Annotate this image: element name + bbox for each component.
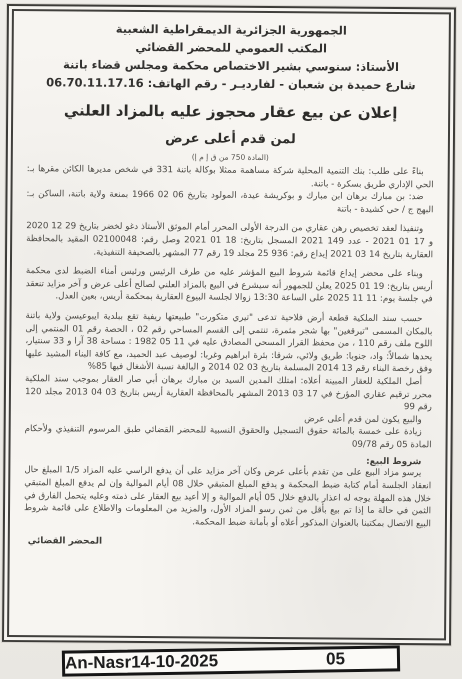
article-reference: (المادة 750 من ق إ م إ) (27, 151, 434, 163)
footer-source-date: An-Nasr14-10-2025 (65, 651, 218, 673)
scanned-notice-page: الجمهورية الجزائرية الديمقراطية الشعبية … (0, 0, 462, 679)
newspaper-clipping-frame: الجمهورية الجزائرية الديمقراطية الشعبية … (2, 4, 456, 646)
notice-title: إعلان عن بيع عقار محجوز عليه بالمزاد الع… (27, 100, 434, 123)
notice-content: الجمهورية الجزائرية الديمقراطية الشعبية … (23, 19, 435, 634)
bailiff-signature: المحضر القضائي (24, 537, 431, 550)
paragraph-ownership-origin: أصل الملكية للعقار المبينة أعلاه: امتلك … (25, 373, 432, 414)
paragraph-property-description: حسب سند الملكية قطعة أرض فلاحية تدعى "تي… (25, 310, 432, 376)
paragraph-sale-session: وبناء على محضر إيداع قائمة شروط البيع ال… (26, 265, 433, 306)
notice-subtitle: لمن قدم أعلى عرض (27, 129, 434, 150)
paragraph-fees: زيادة على خمسة بالمائة حقوق التسجيل والح… (25, 423, 432, 451)
inner-rule-frame: الجمهورية الجزائرية الديمقراطية الشعبية … (7, 9, 451, 640)
header-address-phone: شارع حميدة بن شعبان - لفارديـر - رقم اله… (27, 73, 434, 94)
footer-strip: An-Nasr14-10-2025 05 (62, 645, 400, 676)
paragraph-request: بناءً على طلب: بنك التنمية المحلية شركة … (27, 163, 434, 191)
paragraph-mortgage-deed: وتنفيذا لعقد تخصيص رهن عقاري من الدرجة ا… (26, 220, 433, 261)
footer-page-number: 05 (326, 649, 345, 669)
conditions-text: يرسو مزاد البيع على من تقدم بأعلى عرض وك… (24, 465, 431, 531)
paragraph-against: ضد: بن مبارك برهان ابن مبارك و بوكريشة ع… (26, 188, 433, 216)
